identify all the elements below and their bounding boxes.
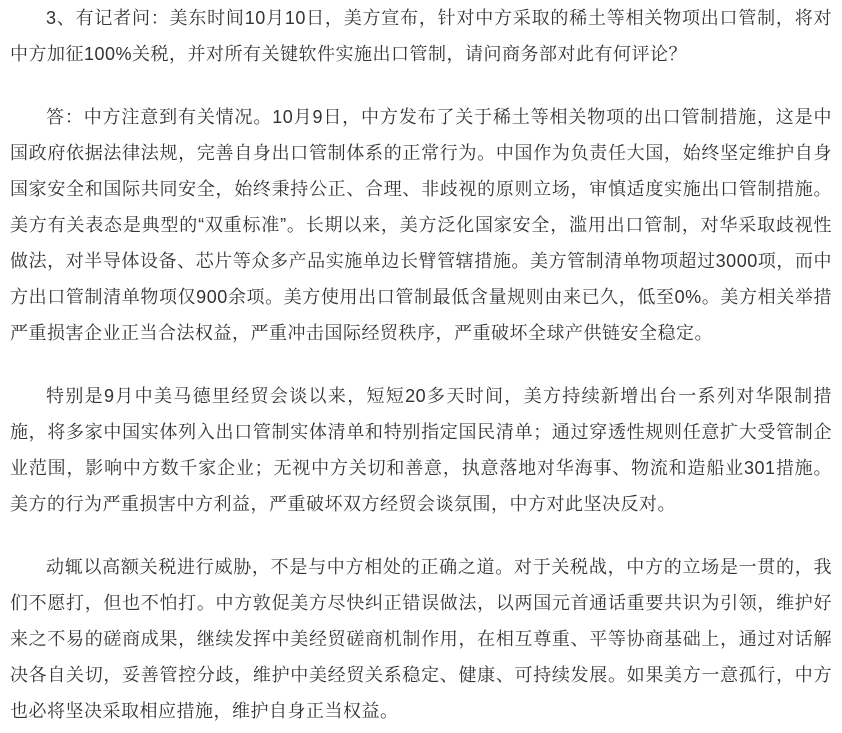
answer-paragraph-2: 特别是9月中美马德里经贸会谈以来，短短20多天时间，美方持续新增出台一系列对华限… xyxy=(10,378,832,522)
transcript-document: 3、有记者问：美东时间10月10日，美方宣布，针对中方采取的稀土等相关物项出口管… xyxy=(0,0,842,729)
answer-paragraph-1: 答：中方注意到有关情况。10月9日，中方发布了关于稀土等相关物项的出口管制措施，… xyxy=(10,99,832,351)
question-paragraph: 3、有记者问：美东时间10月10日，美方宣布，针对中方采取的稀土等相关物项出口管… xyxy=(10,0,832,72)
answer-paragraph-3: 动辄以高额关税进行威胁，不是与中方相处的正确之道。对于关税战，中方的立场是一贯的… xyxy=(10,549,832,729)
